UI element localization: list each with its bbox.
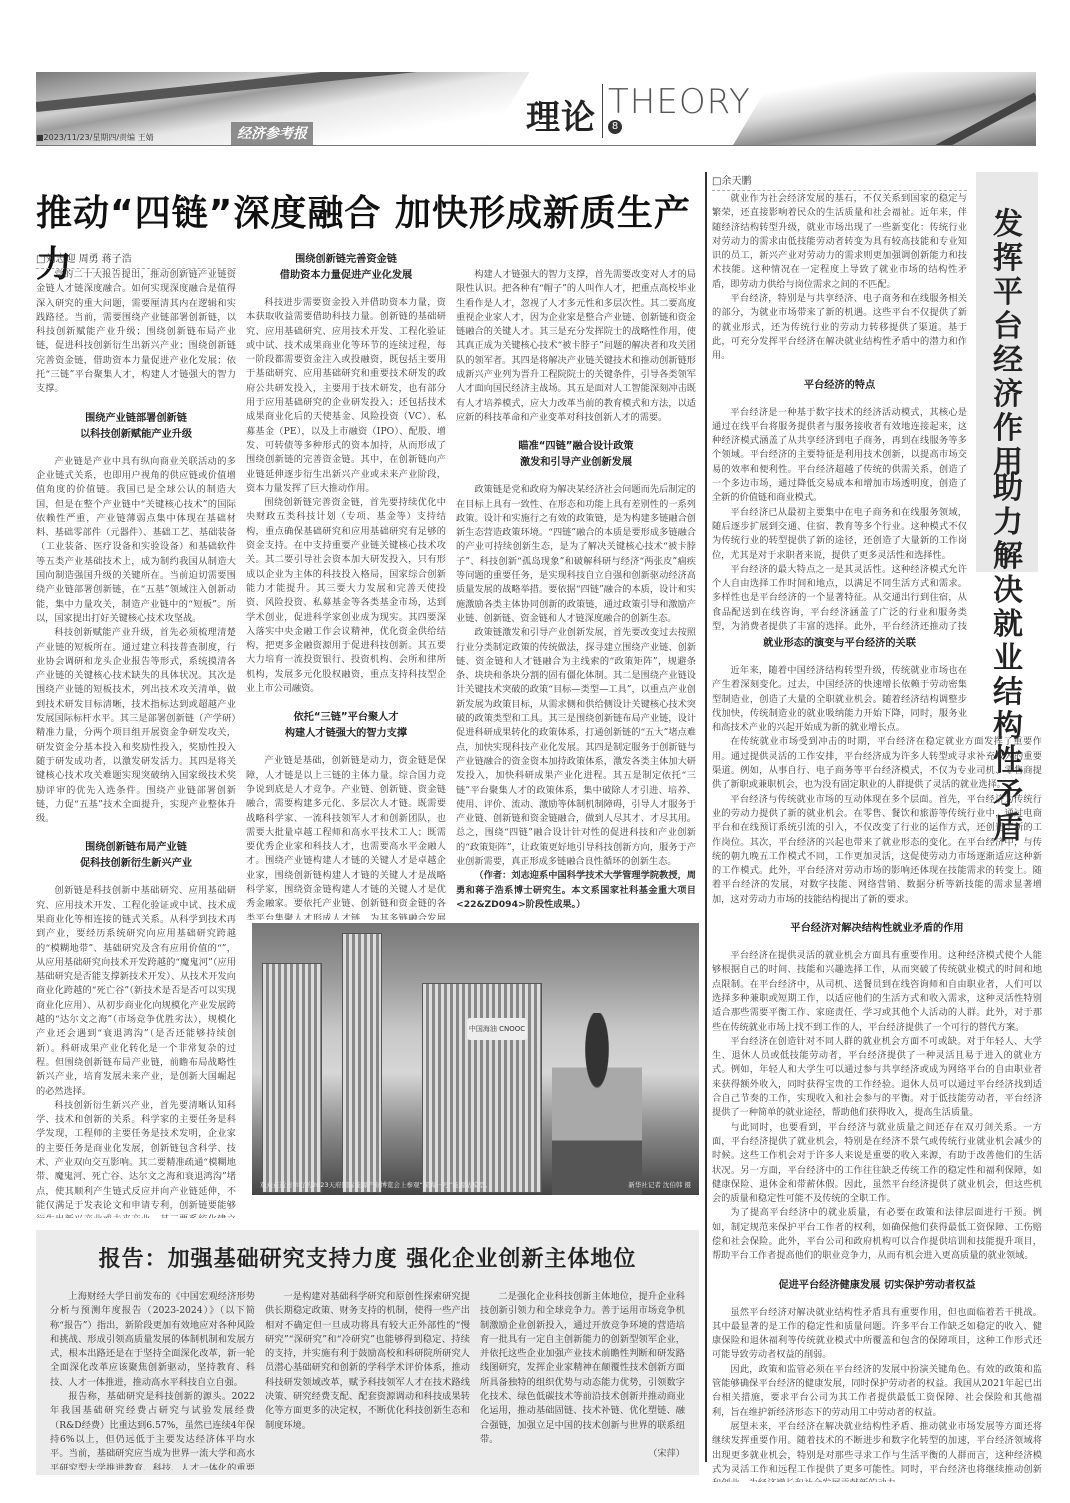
paragraph: 平台经济在提供灵活的就业机会方面具有重要作用。这种经济模式使个人能够根据自己的时… xyxy=(712,949,1042,1035)
paragraph: 展望未来，平台经济在解决就业结构性矛盾、推动就业市场发展等方面还将继续发挥重要作… xyxy=(712,1420,1042,1482)
paragraph: 就业作为社会经济发展的基石，不仅关系到国家的稳定与繁荣，还直接影响着民众的生活质… xyxy=(712,192,967,292)
platform-model-deck xyxy=(422,983,542,1193)
decorative-stripe xyxy=(752,92,1036,146)
paragraph: 与此同时，也要看到，平台经济与就业质量之间还存在双刃剑关系。一方面，平台经济提供… xyxy=(712,1121,1042,1207)
news-photo: 中国海油 CNOOC 观众在近日举行的2023天府国际能源产业博览会上参观“深海… xyxy=(252,923,699,1195)
side-article-title-bar: 发挥平台经济作用 助力解决就业结构性矛盾 xyxy=(976,172,1038,572)
paragraph: 在传统就业市场受到冲击的时期，平台经济在稳定就业方面发挥了重要作用。通过提供灵活… xyxy=(712,735,1042,792)
paragraph: 产业链是产业中具有纵向商业关联活动的多企业链式关系，也即用户视角的供应链或价值增… xyxy=(36,455,236,627)
paragraph: 科技创新赋能产业升级，首先必须梳理清楚产业链的短板所在。通过建立科技普查制度，行… xyxy=(36,626,236,826)
section-heading: 就业形态的演变与平台经济的关联 xyxy=(712,636,967,652)
paragraph: 平台经济在创造针对不同人群的就业机会方面不可或缺。对于年轻人、大学生、退休人员或… xyxy=(712,1035,1042,1121)
masthead-divider xyxy=(602,84,603,138)
section-heading: 促进平台经济健康发展 切实保护劳动者权益 xyxy=(712,1278,1042,1294)
main-article-column-3: 构建人才链强大的智力支撑，首先需要改变对人才的局限性认识。把各种有“帽子”的人叫… xyxy=(456,268,696,918)
masthead-banner: 理论 THEORY 8 ■2023/11/23/星期四/责编 王婧 经济参考报 xyxy=(36,72,1036,146)
paragraph: 一是构建对基础科学研究和原创性探索研究提供长期稳定政策、财务支持的机制，使得一些… xyxy=(265,1290,470,1433)
platform-model-tower xyxy=(342,933,382,1193)
side-title-part1: 发挥平台经济作用 xyxy=(988,208,1028,480)
section-title-en: THEORY xyxy=(608,82,751,122)
paragraph: 二是强化企业科技创新主体地位，提升企业科技创新引领力和全球竞争力。善于运用市场竞… xyxy=(480,1290,685,1447)
paragraph: 平台经济是一种基于数字技术的经济活动模式，其核心是通过在线平台将服务提供者与服务… xyxy=(712,406,967,506)
paragraph: 近年来，随着中国经济结构转型升级，传统就业市场也在产生着深刻变化。过去，中国经济… xyxy=(712,664,967,735)
visitor-figure xyxy=(552,1013,642,1195)
main-article-column-2: 围绕创新链完善资金链借助资本力量促进产业化发展 科技进步需要资金投入并借助资本力… xyxy=(246,250,446,920)
main-byline: □刘志迎 周勇 蒋子浩 xyxy=(36,250,236,269)
paragraph: 产业链是基础，创新链是动力，资金链是保障，人才链是以上三链的主体力量。综合国力竞… xyxy=(246,754,446,920)
section-heading: 平台经济对解决结构性就业矛盾的作用 xyxy=(712,921,1042,937)
paragraph: 虽然平台经济对解决就业结构性矛盾具有重要作用，但也面临着若干挑战。其中最显著的是… xyxy=(712,1306,1042,1363)
section-title-cn: 理论 xyxy=(526,90,596,139)
paragraph: 创新链是科技创新中基础研究、应用基础研究、应用技术开发、工程化验证或中试、技术成… xyxy=(36,884,236,1098)
page-number-badge: 8 xyxy=(608,120,622,134)
side-article-lower: 就业形态的演变与平台经济的关联 近年来，随着中国经济结构转型升级，传统就业市场也… xyxy=(712,632,1042,1482)
report-column-3: 二是强化企业科技创新主体地位，提升企业科技创新引领力和全球竞争力。善于运用市场竞… xyxy=(480,1290,685,1470)
paragraph: 上海财经大学日前发布的《中国宏观经济形势分析与预测年度报告（2023-2024）… xyxy=(50,1290,255,1390)
paragraph: 因此，政策和监管必须在平台经济的发展中扮演关键角色。有效的政策和监管能够确保平台… xyxy=(712,1363,1042,1420)
caption-text: 观众在近日举行的2023天府国际能源产业博览会上参观“深海一号”能源站模型。 xyxy=(260,1180,491,1189)
report-column-1: 上海财经大学日前发布的《中国宏观经济形势分析与预测年度报告（2023-2024）… xyxy=(50,1290,255,1470)
newspaper-logo: 经济参考报 xyxy=(231,122,313,146)
paragraph: 平台经济，特别是与共享经济、电子商务和在线服务相关的部分，为就业市场带来了新的机… xyxy=(712,292,967,363)
paragraph: 为了提高平台经济中的就业质量，有必要在政策和法律层面进行干预。例如，制定规范来保… xyxy=(712,1206,1042,1263)
photo-caption: 观众在近日举行的2023天府国际能源产业博览会上参观“深海一号”能源站模型。 新… xyxy=(260,1180,691,1189)
section-heading: 围绕产业链部署创新链以科技创新赋能产业升级 xyxy=(36,411,236,443)
section-heading: 围绕创新链完善资金链借助资本力量促进产业化发展 xyxy=(246,252,446,284)
side-byline: □余天鹏 xyxy=(712,172,967,191)
report-headline: 报告：加强基础研究支持力度 强化企业创新主体地位 xyxy=(36,1242,699,1273)
intro-paragraph: 党的二十大报告提出，推动创新链产业链资金链人才链深度融合。如何实现深度融合是值得… xyxy=(36,268,236,397)
column-divider xyxy=(705,172,707,1462)
side-article-upper: 就业作为社会经济发展的基石，不仅关系到国家的稳定与繁荣，还直接影响着民众的生活质… xyxy=(712,192,967,632)
author-note: （作者：刘志迎系中国科学技术大学管理学院教授，周勇和蒋子浩系博士研究生。本文系国… xyxy=(456,869,696,912)
paragraph: 政策链是党和政府为解决某经济社会问题而先后制定的在目标上具有一致性、在形态和功能… xyxy=(456,483,696,626)
paragraph: 构建人才链强大的智力支撑，首先需要改变对人才的局限性认识。把各种有“帽子”的人叫… xyxy=(456,268,696,425)
report-box: 报告：加强基础研究支持力度 强化企业创新主体地位 上海财经大学日前发布的《中国宏… xyxy=(36,1230,699,1475)
paragraph: 平台经济的最大特点之一是其灵活性。这种经济模式允许个人自由选择工作时间和地点，以… xyxy=(712,563,967,632)
report-column-2: 一是构建对基础科学研究和原创性探索研究提供长期稳定政策、财务支持的机制，使得一些… xyxy=(265,1290,470,1470)
paragraph: 报告称，基础研究是科技创新的源头。2022年我国基础研究经费占研究与试验发展经费… xyxy=(50,1390,255,1470)
report-signature: （宋萍） xyxy=(480,1447,685,1461)
section-heading: 瞄准“四链”融合设计政策激发和引导产业创新发展 xyxy=(456,439,696,471)
paragraph: 政策链激发和引导产业创新发展，首先要改变过去按照行业分类制定政策的传统做法，探寻… xyxy=(456,626,696,869)
paragraph: 科技创新衍生新兴产业，首先要清晰认知科学、技术和创新的关系。科学家的主要任务是科… xyxy=(36,1099,236,1218)
date-editor-line: ■2023/11/23/星期四/责编 王婧 xyxy=(36,132,154,143)
section-heading: 平台经济的特点 xyxy=(712,378,967,394)
paragraph: 围绕创新链完善资金链，首先要持续优化中央财政五类科技计划（专项、基金等）支持结构… xyxy=(246,496,446,696)
paragraph: 平台经济已从最初主要集中在电子商务和在线服务领域，随后逐步扩展到交通、住宿、教育… xyxy=(712,506,967,563)
section-heading: 依托“三链”平台聚人才构建人才链强大的智力支撑 xyxy=(246,710,446,742)
main-article-column-1: 党的二十大报告提出，推动创新链产业链资金链人才链深度融合。如何实现深度融合是值得… xyxy=(36,268,236,1218)
platform-model-tower xyxy=(262,963,322,1193)
paragraph: 平台经济与传统就业市场的互动体现在多个层面。首先，平台经济为传统行业的劳动力提供… xyxy=(712,793,1042,907)
cnooc-logo: 中国海油 CNOOC xyxy=(467,1018,527,1040)
paragraph: 科技进步需要资金投入并借助资本力量，资本获取收益需要借助科技力量。创新链的基础研… xyxy=(246,296,446,496)
photo-credit: 新华社记者 沈伯韩 摄 xyxy=(628,1180,691,1189)
section-heading: 围绕创新链布局产业链促科技创新衍生新兴产业 xyxy=(36,840,236,872)
